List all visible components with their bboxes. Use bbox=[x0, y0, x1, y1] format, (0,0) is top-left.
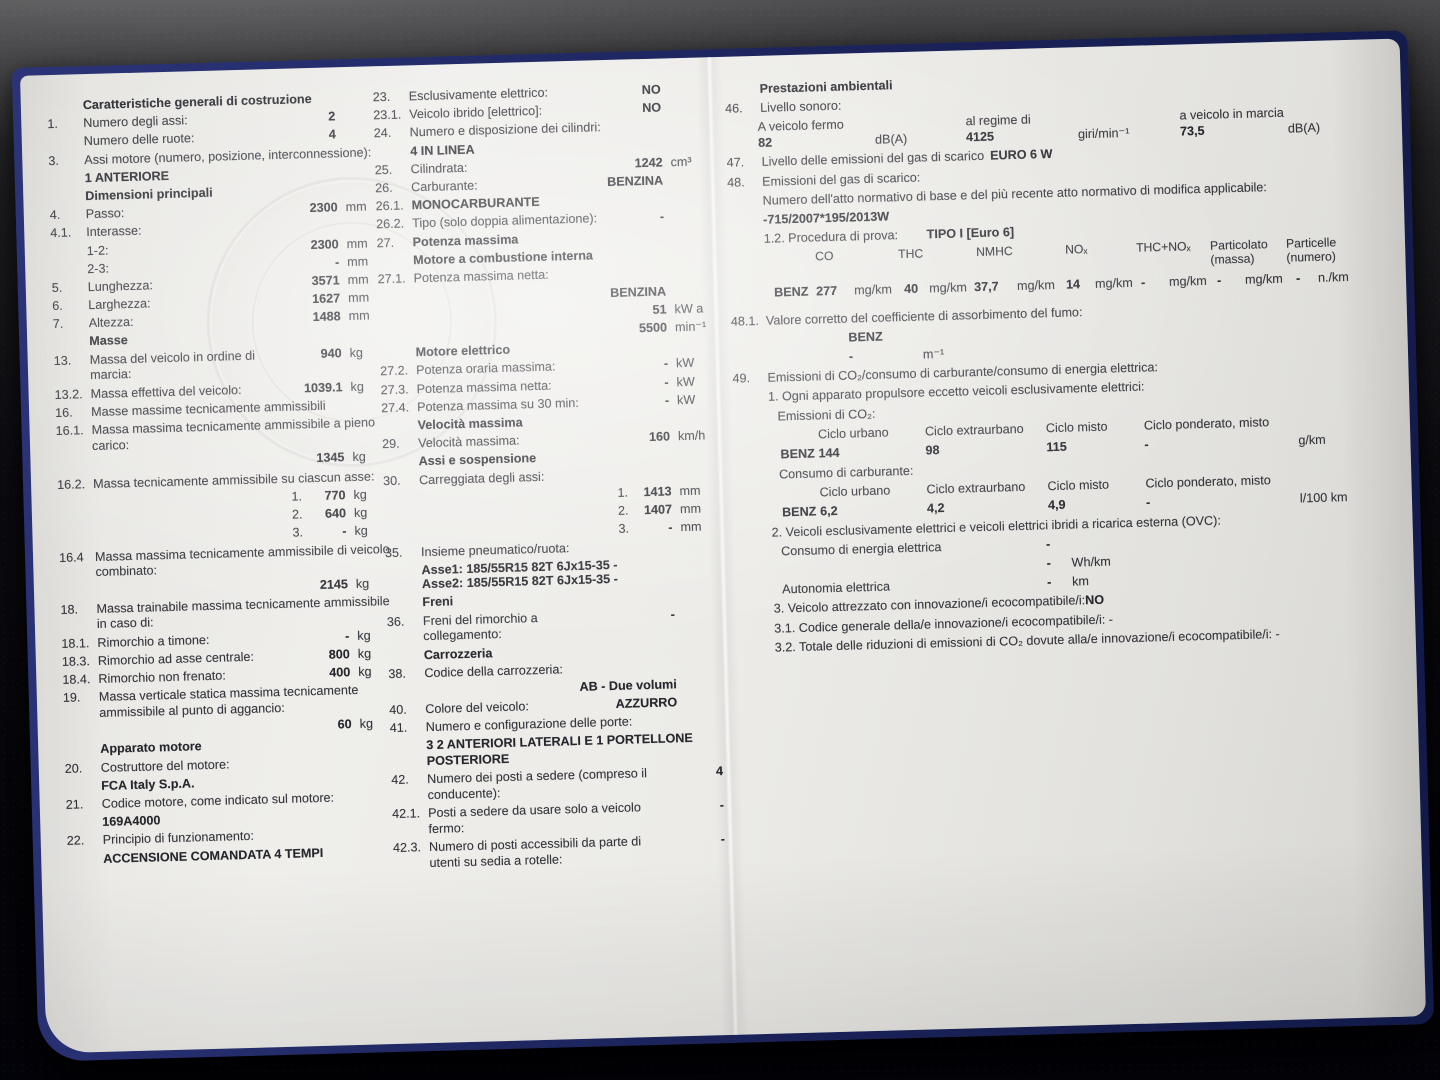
item-number: 41. bbox=[390, 720, 426, 737]
field-label: Numero dei posti a sedere (compreso il c… bbox=[427, 766, 668, 804]
field-value: - bbox=[612, 357, 668, 374]
item-number bbox=[724, 82, 759, 83]
column-engine-body: 23.Esclusivamente elettrico:NO23.1.Veico… bbox=[373, 81, 726, 875]
item-number bbox=[388, 648, 424, 649]
cycle-value: 6,2 bbox=[820, 504, 838, 520]
field-unit: kW bbox=[668, 374, 712, 391]
field-label: Posti a sedere da usare solo a veicolo f… bbox=[428, 800, 669, 838]
field-label: Cilindrata: bbox=[411, 157, 607, 178]
field-unit: cm³ bbox=[662, 154, 706, 171]
emission-unit: mg/km bbox=[1169, 274, 1207, 291]
field-label: Lunghezza: bbox=[88, 275, 284, 296]
item-number: 49. bbox=[732, 371, 767, 388]
emission-header-line: Particolato bbox=[1210, 237, 1268, 253]
field-value: 640 bbox=[306, 506, 346, 523]
column-general-characteristics: Caratteristiche generali di costruzione1… bbox=[47, 90, 400, 870]
field-value: 770 bbox=[305, 488, 345, 505]
item-number bbox=[390, 739, 426, 740]
emission-header: NMHC bbox=[976, 244, 1013, 259]
item-number: 4.1. bbox=[50, 225, 86, 242]
item-number: 42.3. bbox=[393, 840, 429, 857]
field-value: TIPO I [Euro 6] bbox=[926, 225, 1014, 243]
field-value: - bbox=[668, 799, 724, 816]
item-number bbox=[49, 171, 85, 172]
field-value: - bbox=[632, 520, 672, 537]
field-unit: km bbox=[1072, 574, 1089, 590]
field-unit bbox=[677, 676, 721, 677]
field-label: Esclusivamente elettrico: bbox=[409, 84, 605, 105]
field-value: - bbox=[608, 210, 664, 227]
field-label: Rimorchio ad asse centrale: bbox=[98, 649, 294, 670]
item-number bbox=[67, 851, 103, 852]
field-value: NO bbox=[604, 83, 660, 100]
column-environmental-performance: Prestazioni ambientali46.Livello sonoro:… bbox=[724, 65, 1399, 661]
field-value: 940 bbox=[285, 346, 341, 363]
field-label: Veicolo ibrido [elettrico]: bbox=[409, 102, 605, 123]
sound-value: 73,5 bbox=[1180, 122, 1288, 141]
cycle-value: - bbox=[1146, 496, 1151, 512]
item-number: 20. bbox=[65, 761, 101, 778]
item-number bbox=[374, 144, 410, 145]
item-number: 30. bbox=[383, 473, 419, 490]
field-label: Massa trainabile massima tecnicamente am… bbox=[96, 594, 393, 634]
item-number bbox=[51, 262, 87, 263]
axle-number: 1. bbox=[291, 489, 305, 505]
field-unit: kW bbox=[668, 356, 712, 373]
emission-unit: mg/km bbox=[1017, 278, 1055, 295]
item-number bbox=[53, 335, 89, 336]
field-unit: kW a bbox=[666, 301, 710, 318]
field-label: Massa massima tecnicamente ammissibile d… bbox=[95, 542, 392, 582]
field-value: 4 bbox=[280, 128, 336, 145]
field-value: - bbox=[1046, 556, 1071, 572]
emission-header: NOₓ bbox=[1065, 242, 1088, 257]
field-label: 1-2: bbox=[87, 238, 283, 259]
field-value: - bbox=[283, 255, 339, 272]
field-label: Freni del rimorchio a collegamento: bbox=[423, 608, 620, 645]
item-number bbox=[382, 455, 418, 456]
field-value: - bbox=[306, 525, 346, 542]
item-number: 40. bbox=[389, 702, 425, 719]
cycle-unit: l/100 km bbox=[1300, 490, 1348, 507]
emission-header: CO bbox=[815, 249, 834, 263]
item-number: 25. bbox=[375, 162, 411, 179]
field-label: Massa verticale statica massima tecnicam… bbox=[99, 682, 396, 722]
field-label: Livello delle emissioni del gas di scari… bbox=[761, 149, 984, 171]
item-number bbox=[381, 418, 417, 419]
field-unit bbox=[661, 100, 705, 101]
emission-unit: mg/km bbox=[929, 280, 967, 297]
field-unit: min⁻¹ bbox=[667, 319, 711, 336]
item-number: 38. bbox=[388, 666, 424, 683]
field-label: Colore del veicolo: bbox=[425, 697, 616, 718]
sound-unit: giri/min⁻¹ bbox=[1078, 125, 1180, 144]
item-number bbox=[51, 244, 87, 245]
field-unit bbox=[664, 209, 708, 210]
field-label: Velocità massima: bbox=[418, 431, 614, 452]
field-value: AZZURRO bbox=[615, 695, 677, 712]
item-number: 7. bbox=[53, 316, 89, 333]
cycle-value: 4,2 bbox=[927, 501, 945, 517]
emission-unit: mg/km bbox=[1095, 276, 1133, 293]
item-number: 35. bbox=[385, 545, 421, 562]
cycle-header: Ciclo extraurbano bbox=[926, 480, 1025, 498]
field-label: Massa massima tecnicamente ammissibile a… bbox=[91, 415, 388, 455]
item-number: 22. bbox=[67, 833, 103, 850]
field-value: 1413 bbox=[631, 484, 671, 501]
axle-number: 2. bbox=[618, 503, 632, 519]
field-value: 1407 bbox=[632, 502, 672, 519]
text-line: Emissioni di CO₂: bbox=[777, 406, 875, 424]
field-unit: mm bbox=[671, 483, 715, 500]
field-value: 2 bbox=[279, 110, 335, 127]
field-value: 2300 bbox=[282, 200, 338, 217]
field-label: Massa effettiva del veicolo: bbox=[90, 381, 286, 402]
field-value: 4 bbox=[667, 765, 723, 782]
field-label: Numero delle ruote: bbox=[84, 129, 280, 150]
field-label: 1.2. Procedura di prova: bbox=[764, 227, 927, 247]
item-number: 42. bbox=[391, 773, 427, 790]
item-number bbox=[379, 345, 415, 346]
field-value: NO bbox=[605, 101, 661, 118]
field-value: 1627 bbox=[284, 291, 340, 308]
emission-unit: mg/km bbox=[1245, 271, 1283, 288]
item-number: 18.4. bbox=[62, 672, 98, 689]
cycle-value: - bbox=[1144, 438, 1149, 454]
item-number bbox=[64, 742, 100, 743]
cycle-header: Ciclo ponderato, misto bbox=[1144, 415, 1270, 434]
field-label: Rimorchio a timone: bbox=[97, 630, 293, 651]
axle-number: 2. bbox=[292, 507, 306, 523]
item-number bbox=[66, 815, 102, 816]
item-number: 18.3. bbox=[62, 654, 98, 671]
field-value: 51 bbox=[610, 302, 666, 319]
field-label: Numero degli assi: bbox=[83, 111, 279, 132]
item-number: 26. bbox=[375, 180, 411, 197]
item-number bbox=[377, 253, 413, 254]
item-number bbox=[386, 596, 422, 597]
item-number: 4. bbox=[50, 207, 86, 224]
emission-value: 37,7 bbox=[974, 279, 999, 295]
item-number: 27.1. bbox=[377, 271, 413, 288]
emission-value: 277 bbox=[816, 284, 837, 300]
field-value: 800 bbox=[294, 647, 350, 664]
cycle-value: 115 bbox=[1046, 440, 1067, 456]
axle-number: 1. bbox=[617, 485, 631, 501]
field-value: - bbox=[849, 348, 923, 366]
field-label: Potenza massima netta: bbox=[416, 377, 612, 398]
field-value: 1345 bbox=[288, 450, 344, 467]
cycle-value: 98 bbox=[925, 443, 939, 459]
field-label: Massa del veicolo in ordine di marcia: bbox=[90, 347, 287, 384]
field-label: Numero di posti accessibili da parte di … bbox=[429, 834, 670, 872]
item-number: 26.2. bbox=[376, 217, 412, 234]
item-number: 29. bbox=[382, 436, 418, 453]
field-unit: Wh/km bbox=[1071, 554, 1111, 571]
field-value: - bbox=[612, 375, 668, 392]
field-label: Potenza oraria massima: bbox=[416, 358, 612, 379]
sound-value: 4125 bbox=[966, 127, 1078, 146]
field-label: Larghezza: bbox=[88, 293, 284, 314]
item-number: 6. bbox=[52, 298, 88, 315]
document-paper: Caratteristiche generali di costruzione1… bbox=[20, 39, 1426, 1054]
item-number: 48.1. bbox=[731, 313, 766, 330]
field-value: - bbox=[1046, 536, 1071, 552]
emission-header: THC+NOₓ bbox=[1136, 240, 1191, 255]
item-number bbox=[49, 189, 85, 190]
field-value: AB - Due volumi bbox=[579, 677, 677, 695]
item-number: 48. bbox=[727, 174, 762, 191]
item-number: 26.1. bbox=[375, 198, 411, 215]
field-unit: km/h bbox=[670, 428, 714, 445]
field-label: Carburante: bbox=[411, 175, 607, 196]
cycle-value: 4,9 bbox=[1048, 498, 1066, 514]
field-value: 2145 bbox=[292, 577, 348, 594]
item-number bbox=[47, 98, 83, 99]
field-unit bbox=[660, 81, 704, 82]
emission-value: - bbox=[1141, 275, 1146, 291]
fuel-prefix: BENZ bbox=[774, 284, 809, 301]
item-number: 16.2. bbox=[57, 477, 93, 494]
emission-header: Particolato(massa) bbox=[1210, 237, 1268, 267]
emission-value: - bbox=[1296, 271, 1301, 287]
item-number bbox=[386, 577, 422, 578]
emission-unit: mg/km bbox=[854, 282, 892, 299]
field-value: 400 bbox=[294, 665, 350, 682]
fuel-prefix: BENZ bbox=[780, 447, 815, 464]
item-number: 18.1. bbox=[61, 636, 97, 653]
field-value: BENZINA bbox=[610, 284, 666, 301]
cycle-header: Ciclo misto bbox=[1046, 419, 1108, 436]
item-number bbox=[65, 779, 101, 780]
sound-unit: dB(A) bbox=[1288, 119, 1386, 137]
sound-unit: dB(A) bbox=[875, 130, 966, 148]
item-number: 13. bbox=[54, 353, 90, 370]
item-number: 24. bbox=[374, 126, 410, 143]
emission-value: - bbox=[1217, 273, 1222, 289]
item-number: 16. bbox=[55, 405, 91, 422]
field-unit bbox=[675, 606, 719, 607]
field-value: - bbox=[613, 393, 669, 410]
item-number: 23.1. bbox=[373, 108, 409, 125]
item-number: 13.2. bbox=[54, 387, 90, 404]
item-number: 27. bbox=[376, 235, 412, 252]
item-number: 27.4. bbox=[381, 400, 417, 417]
emission-value: 14 bbox=[1066, 277, 1080, 293]
item-number: 27.2. bbox=[380, 364, 416, 381]
bold-value: NO bbox=[1085, 593, 1104, 609]
item-number: 27.3. bbox=[380, 382, 416, 399]
field-label: Potenza massima su 30 min: bbox=[417, 395, 613, 416]
item-number: 16.4 bbox=[59, 550, 95, 567]
field-value: 1242 bbox=[606, 155, 662, 172]
item-number: 21. bbox=[66, 797, 102, 814]
field-value: - bbox=[619, 607, 675, 624]
sound-value: 82 bbox=[758, 133, 875, 152]
item-number: 19. bbox=[63, 690, 99, 707]
fuel-prefix: BENZ bbox=[782, 505, 817, 522]
field-unit: mm bbox=[672, 519, 716, 536]
field-value: - bbox=[669, 832, 725, 849]
cycle-unit: g/km bbox=[1298, 433, 1326, 450]
emission-value: 40 bbox=[904, 281, 918, 297]
field-value: 3571 bbox=[283, 273, 339, 290]
field-unit: m⁻¹ bbox=[923, 347, 945, 363]
field-label: Passo: bbox=[86, 202, 282, 223]
field-value: EURO 6 W bbox=[984, 147, 1053, 165]
field-unit bbox=[663, 172, 707, 173]
emission-header-line: Particelle bbox=[1286, 236, 1336, 251]
field-unit bbox=[666, 283, 710, 284]
item-number: 5. bbox=[52, 280, 88, 297]
field-unit: mm bbox=[672, 501, 716, 518]
item-number: 3. bbox=[48, 153, 84, 170]
emission-header-line: (massa) bbox=[1210, 252, 1254, 267]
field-value: - bbox=[293, 629, 349, 646]
axle-number: 3. bbox=[292, 526, 306, 542]
cycle-header: Ciclo misto bbox=[1047, 477, 1109, 494]
item-number bbox=[48, 135, 84, 136]
field-value: 1039.1 bbox=[286, 380, 342, 397]
emission-header-line: (numero) bbox=[1286, 250, 1336, 265]
field-label: Rimorchio non frenato: bbox=[98, 667, 294, 688]
axle-number: 3. bbox=[618, 522, 632, 538]
field-value: 60 bbox=[296, 717, 352, 734]
bold-value: 3 2 ANTERIORI LATERALI E 1 PORTELLONE PO… bbox=[426, 731, 723, 771]
item-number bbox=[385, 564, 421, 565]
emission-header: THC bbox=[898, 247, 923, 262]
cycle-value: 144 bbox=[818, 446, 839, 462]
field-value: 5500 bbox=[611, 320, 667, 337]
emission-header: Particelle(numero) bbox=[1286, 236, 1337, 265]
field-value: 2300 bbox=[283, 237, 339, 254]
field-value: 1488 bbox=[284, 310, 340, 327]
field-unit bbox=[677, 694, 721, 695]
item-number: 46. bbox=[725, 101, 760, 118]
bold-value: BENZ bbox=[848, 329, 883, 346]
field-value: - bbox=[1047, 575, 1072, 591]
cycle-header: Ciclo ponderato, misto bbox=[1145, 473, 1271, 492]
item-number: 23. bbox=[373, 89, 409, 106]
field-label: Tipo (solo doppia alimentazione): bbox=[412, 211, 608, 232]
field-label: Altezza: bbox=[89, 311, 285, 332]
text-line: Consumo di carburante: bbox=[779, 463, 914, 482]
field-value: 160 bbox=[614, 430, 670, 447]
row-kv: 42.3.Numero di posti accessibili da part… bbox=[393, 832, 726, 873]
emission-unit: n./km bbox=[1318, 270, 1349, 287]
cycle-header: Ciclo extraurbano bbox=[925, 422, 1024, 440]
item-number: 36. bbox=[387, 614, 423, 631]
item-number: 16.1. bbox=[55, 423, 91, 440]
field-value: BENZINA bbox=[607, 173, 663, 190]
field-unit: kW bbox=[669, 392, 713, 409]
cycle-header: Ciclo urbano bbox=[818, 425, 889, 443]
item-number: 42.1. bbox=[392, 807, 428, 824]
cycle-header: Ciclo urbano bbox=[819, 483, 890, 501]
item-number: 1. bbox=[47, 116, 83, 133]
field-label: 2-3: bbox=[87, 256, 283, 277]
item-number: 18. bbox=[60, 602, 96, 619]
item-number: 47. bbox=[726, 155, 761, 172]
